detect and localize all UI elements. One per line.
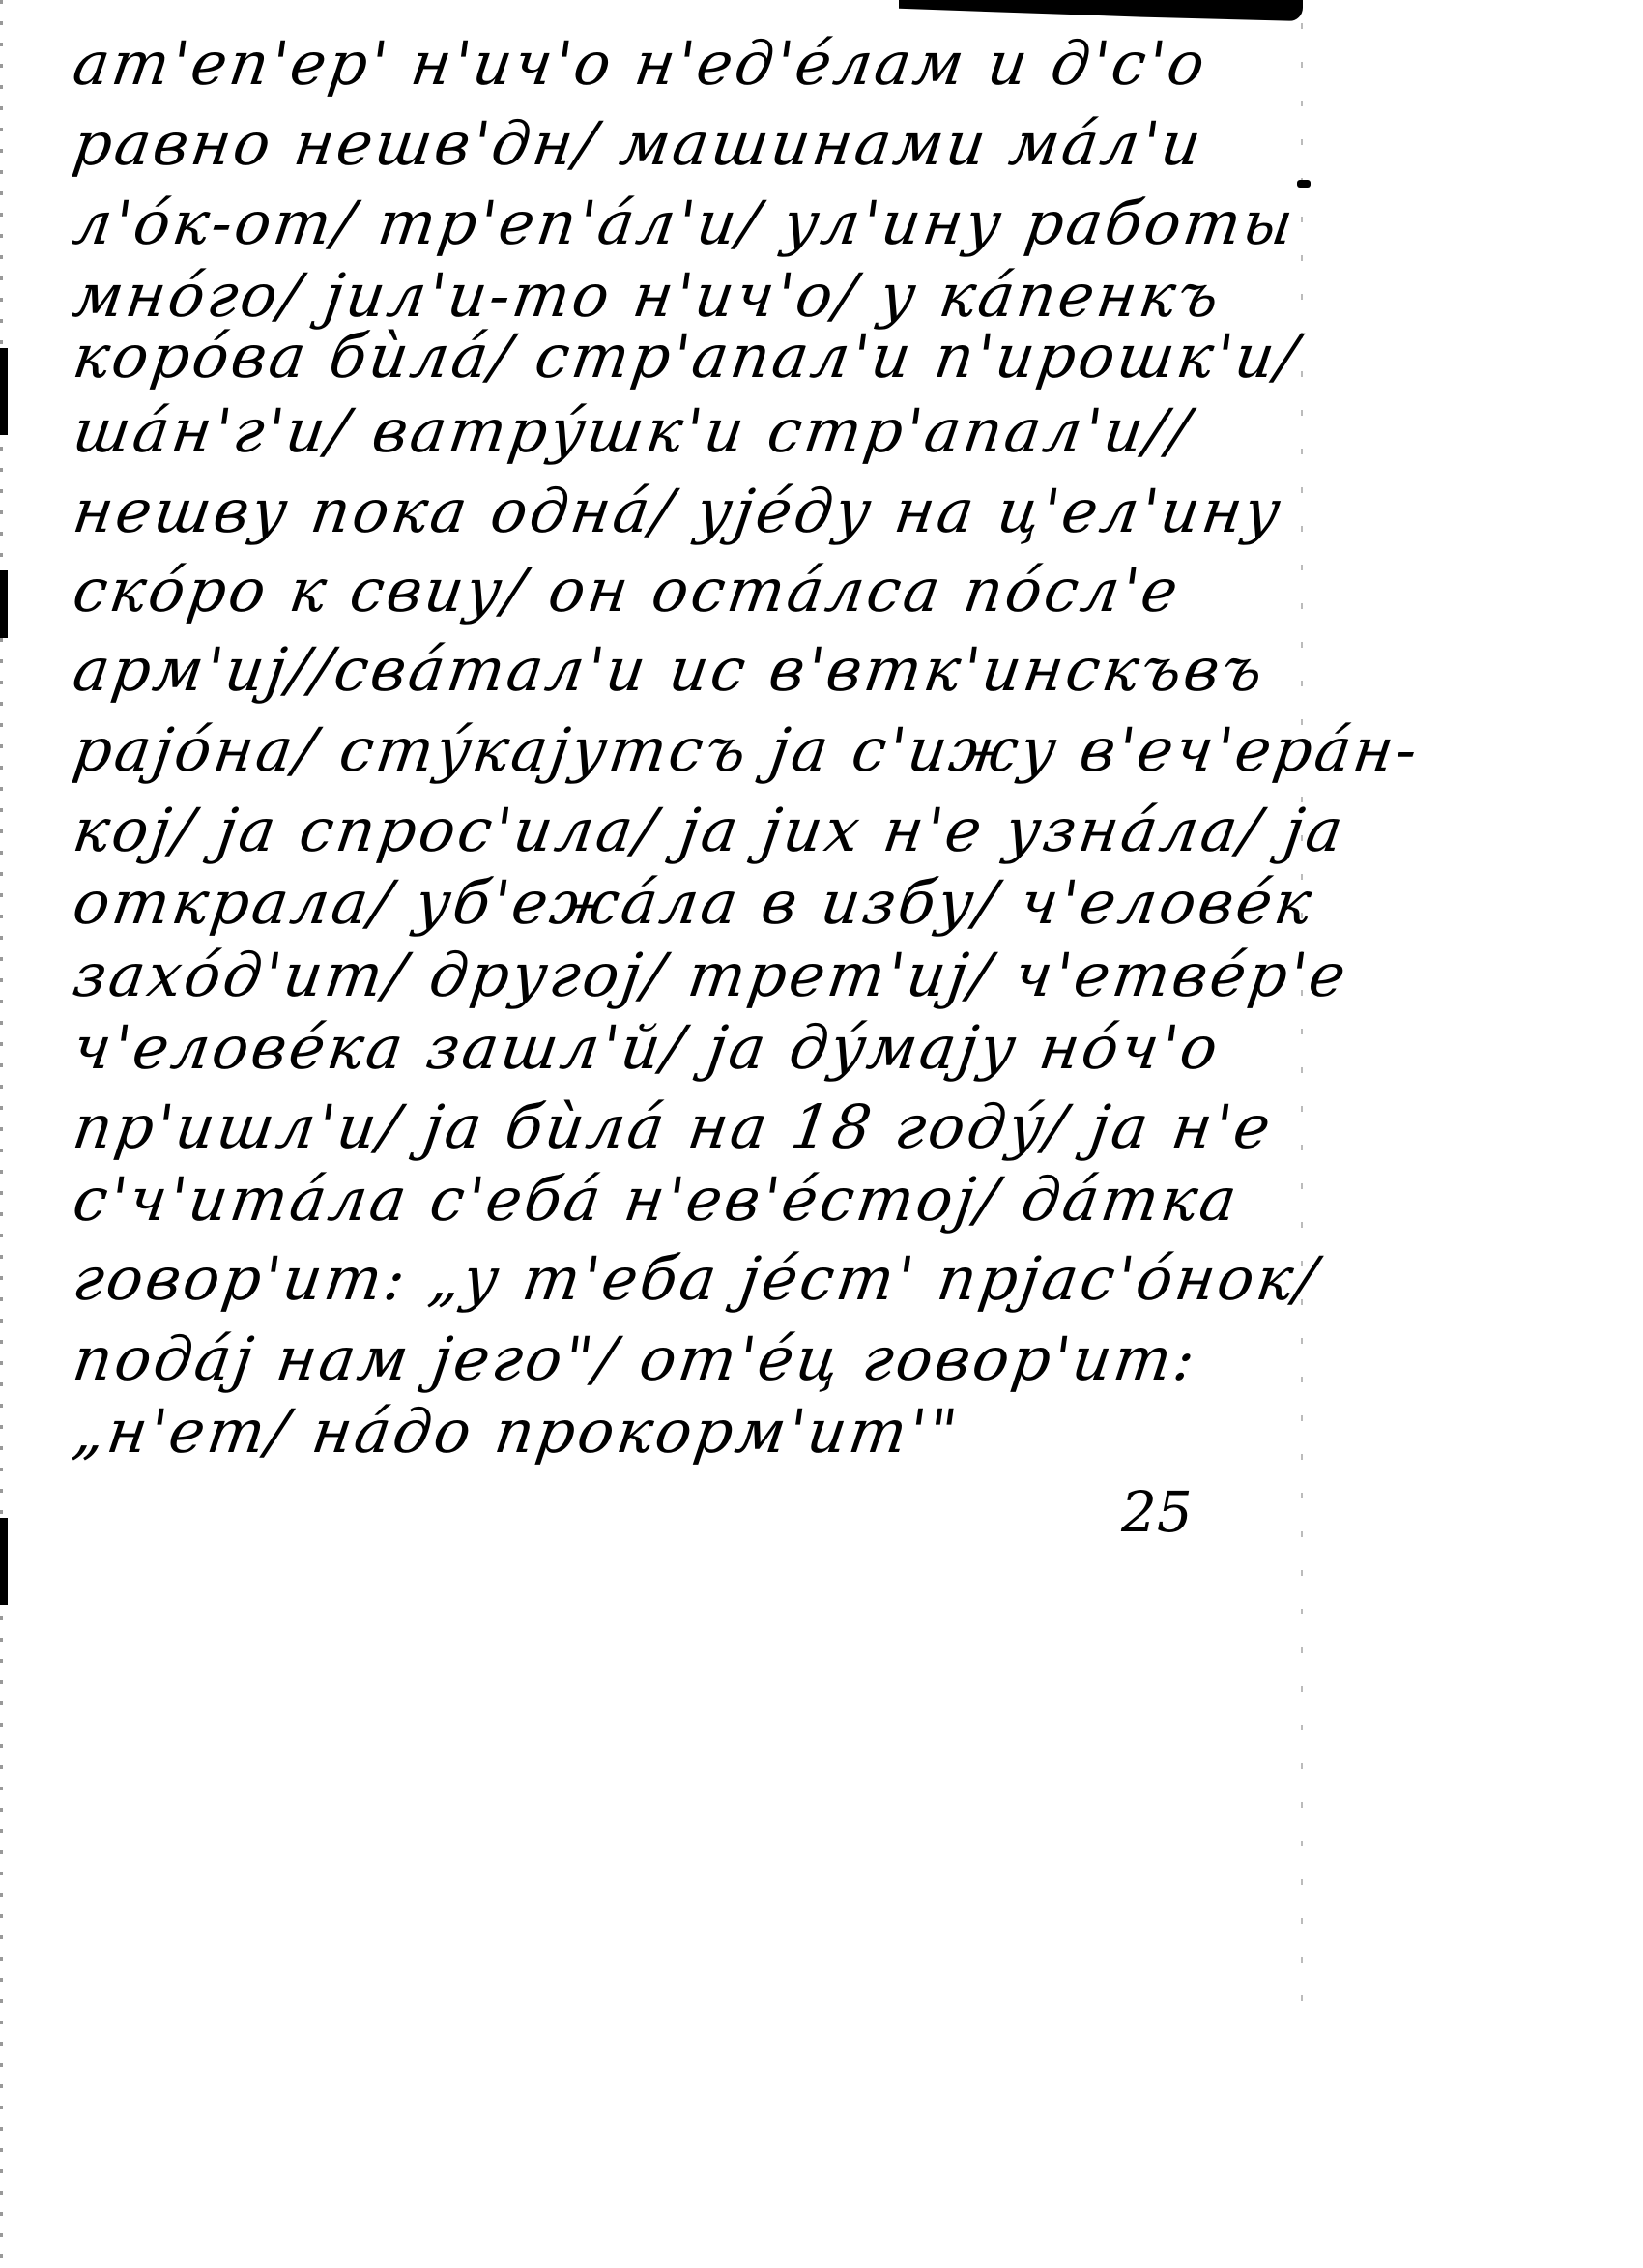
handwritten-line-12: открала/ уб'ежáла в избу/ ч'еловéк (70, 873, 1318, 933)
handwritten-line-2: равно нешв'дн/ машинами мáл'и (70, 114, 1207, 174)
handwritten-line-18: подáј нам јего"/ от'éц говор'ит: (70, 1329, 1201, 1389)
margin-ink-mark (1297, 180, 1311, 188)
page-left-edge (0, 0, 3, 2268)
handwritten-line-17: говор'ит: „у т'еба јéст' прјас'óнок/ (70, 1249, 1323, 1309)
handwritten-line-6: шáн'г'и/ ватрýшк'и стр'апал'и// (70, 401, 1196, 461)
handwritten-line-15: пр'ишл'и/ ја бѝлá на 18 годý/ ја н'е (70, 1097, 1277, 1157)
handwritten-line-16: с'ч'итáла с'ебá н'ев'éстој/ дáтка (70, 1170, 1243, 1230)
handwritten-line-10: рајóна/ стýкајутсъ ја с'ижу в'еч'ерáн- (70, 720, 1424, 780)
scan-top-edge-shadow (899, 0, 1303, 21)
page-number: 25 (1121, 1479, 1193, 1545)
handwritten-line-3: л'óк-от/ тр'еп'áл'и/ ул'ину работы (70, 193, 1299, 253)
scan-left-shadow-bar (0, 1518, 8, 1605)
handwritten-line-8: скóро к свиу/ он остáлса пóсл'е (70, 561, 1184, 621)
handwritten-line-1: ат'еп'ер' н'ич'о н'ед'éлам и д'с'о (70, 34, 1211, 94)
handwritten-line-14: ч'еловéка зашл'й/ ја дýмају нóч'о (70, 1018, 1224, 1078)
handwritten-line-7: нешву пока однá/ ујéду на ц'ел'ину (70, 481, 1286, 541)
handwritten-line-19: „н'ет/ нáдо прокорм'ит'" (70, 1402, 964, 1462)
scan-left-shadow-bar (0, 348, 8, 435)
handwritten-line-11: кој/ ја спрос'ила/ ја јих н'е узнáла/ ја (70, 800, 1349, 860)
handwritten-line-9: арм'иј//свáтал'и ис в'втк'инскъвъ (70, 640, 1269, 700)
handwritten-line-4: мнóго/ јил'и-то н'ич'о/ у кáпенкъ (70, 266, 1225, 326)
handwritten-line-13: захóд'ит/ другој/ трет'иј/ ч'етвéр'е (70, 945, 1352, 1005)
manuscript-page: ат'еп'ер' н'ич'о н'ед'éлам и д'с'о равно… (0, 0, 1643, 2268)
scan-left-shadow-bar (0, 570, 8, 638)
handwritten-line-5: корóва бѝлá/ стр'апал'и п'ирошк'и/ (70, 327, 1304, 387)
